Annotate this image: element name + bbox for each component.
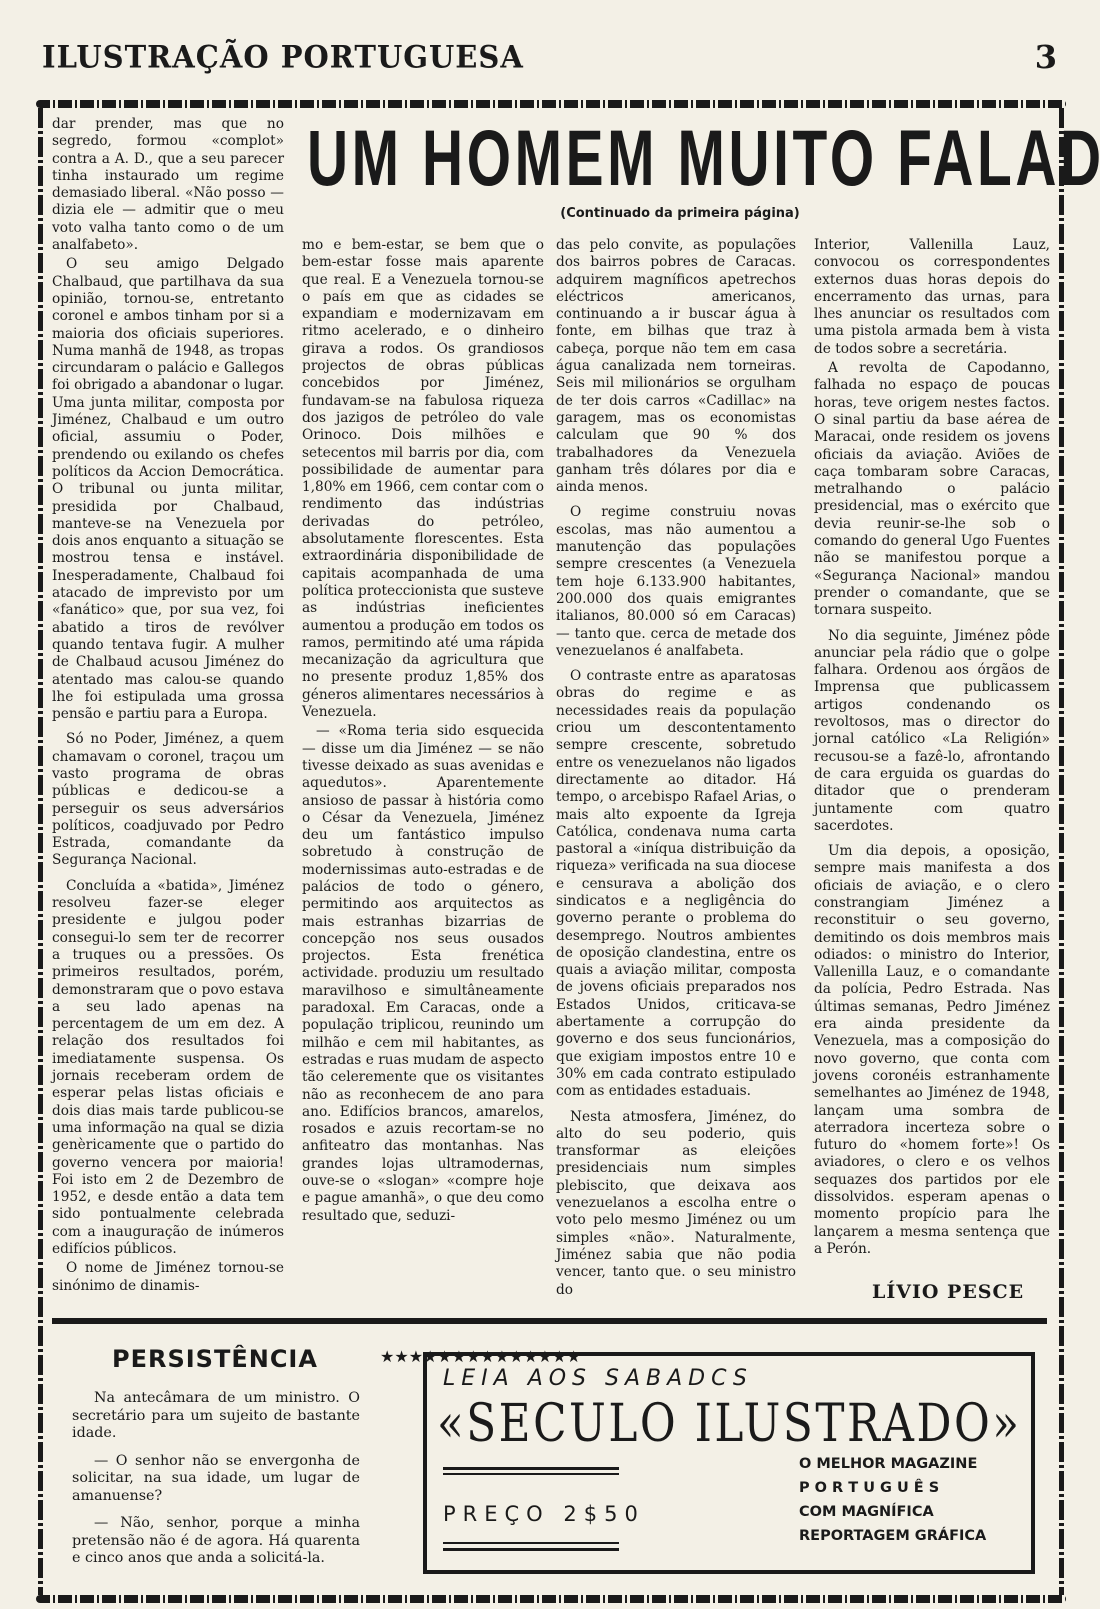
paragraph: Só no Poder, Jiménez, a quem chamavam o … — [52, 731, 284, 869]
paragraph: Nesta atmosfera, Jiménez, do alto do seu… — [556, 1109, 796, 1299]
article-byline: LÍVIO PESCE — [872, 1281, 1024, 1303]
paragraph: Interior, Vallenilla Lauz, convocou os c… — [814, 237, 1050, 358]
page-number: 3 — [1035, 38, 1057, 76]
ad-rule — [443, 1548, 619, 1551]
advertisement-box: LEIA AOS SABADCS «SECULO ILUSTRADO» PREÇ… — [423, 1352, 1035, 1574]
publication-title: ILUSTRAÇÃO PORTUGUESA — [42, 39, 524, 75]
paragraph: dar prender, mas que no segredo, formou … — [52, 116, 284, 254]
rope-border-left — [38, 108, 43, 1595]
paragraph: mo e bem-estar, se bem que o bem-estar f… — [302, 237, 544, 721]
paragraph: Concluída a «batida», Jiménez resolveu f… — [52, 878, 284, 1259]
star-divider-icon: ★★★★★★★★★★★★★★ — [380, 1348, 398, 1366]
paragraph: — Não, senhor, porque a minha pretensão … — [72, 1515, 360, 1568]
section-divider — [52, 1318, 1047, 1324]
paragraph: das pelo convite, as populações dos bair… — [556, 237, 796, 496]
paragraph: — «Roma teria sido esquecida — disse um … — [302, 723, 544, 1225]
paragraph: Na antecâmara de um ministro. O secretár… — [72, 1390, 360, 1443]
article-column-1: dar prender, mas que no segredo, formou … — [52, 116, 284, 1295]
tagline-line: P O R T U G U Ê S — [799, 1476, 1017, 1500]
tagline-line: REPORTAGEM GRÁFICA — [799, 1524, 1017, 1548]
article-headline: UM HOMEM MUITO FALADO — [307, 118, 840, 198]
rope-border-right — [1059, 108, 1064, 1595]
paragraph: O regime construiu novas escolas, mas nã… — [556, 504, 796, 660]
ad-price: PREÇO 2$50 — [443, 1502, 645, 1526]
paragraph: — O senhor não se envergonha de solicita… — [72, 1453, 360, 1506]
paragraph: O contraste entre as aparatosas obras do… — [556, 668, 796, 1100]
rope-border-bottom — [36, 1595, 1066, 1603]
article-column-2: mo e bem-estar, se bem que o bem-estar f… — [302, 237, 544, 1225]
paragraph: No dia seguinte, Jiménez pôde anunciar p… — [814, 628, 1050, 836]
ad-lead: LEIA AOS SABADCS — [443, 1366, 753, 1391]
sidebar-title: PERSISTÊNCIA — [112, 1345, 318, 1373]
tagline-line: COM MAGNÍFICA — [799, 1500, 1017, 1524]
tagline-line: O MELHOR MAGAZINE — [799, 1452, 1017, 1476]
paragraph: O seu amigo Delgado Chalbaud, que partil… — [52, 256, 284, 723]
ad-tagline: O MELHOR MAGAZINE P O R T U G U Ê S COM … — [799, 1452, 1017, 1548]
masthead: ILUSTRAÇÃO PORTUGUESA 3 — [42, 40, 1057, 80]
article-column-3: das pelo convite, as populações dos bair… — [556, 237, 796, 1299]
paragraph: Um dia depois, a oposição, sempre mais m… — [814, 843, 1050, 1258]
ad-rule — [443, 1473, 619, 1475]
paragraph: O nome de Jiménez tornou-se sinónimo de … — [52, 1260, 284, 1295]
rope-border-top — [36, 100, 1066, 108]
ad-rule — [443, 1542, 619, 1544]
article-subhead: (Continuado da primeira página) — [300, 206, 1060, 221]
article-column-4: Interior, Vallenilla Lauz, convocou os c… — [814, 237, 1050, 1258]
paragraph: A revolta de Capodanno, falhada no espaç… — [814, 360, 1050, 619]
ad-rule — [443, 1467, 619, 1470]
sidebar-text: Na antecâmara de um ministro. O secretár… — [72, 1390, 360, 1568]
ad-brand: «SECULO ILUSTRADO» — [437, 1394, 1022, 1454]
